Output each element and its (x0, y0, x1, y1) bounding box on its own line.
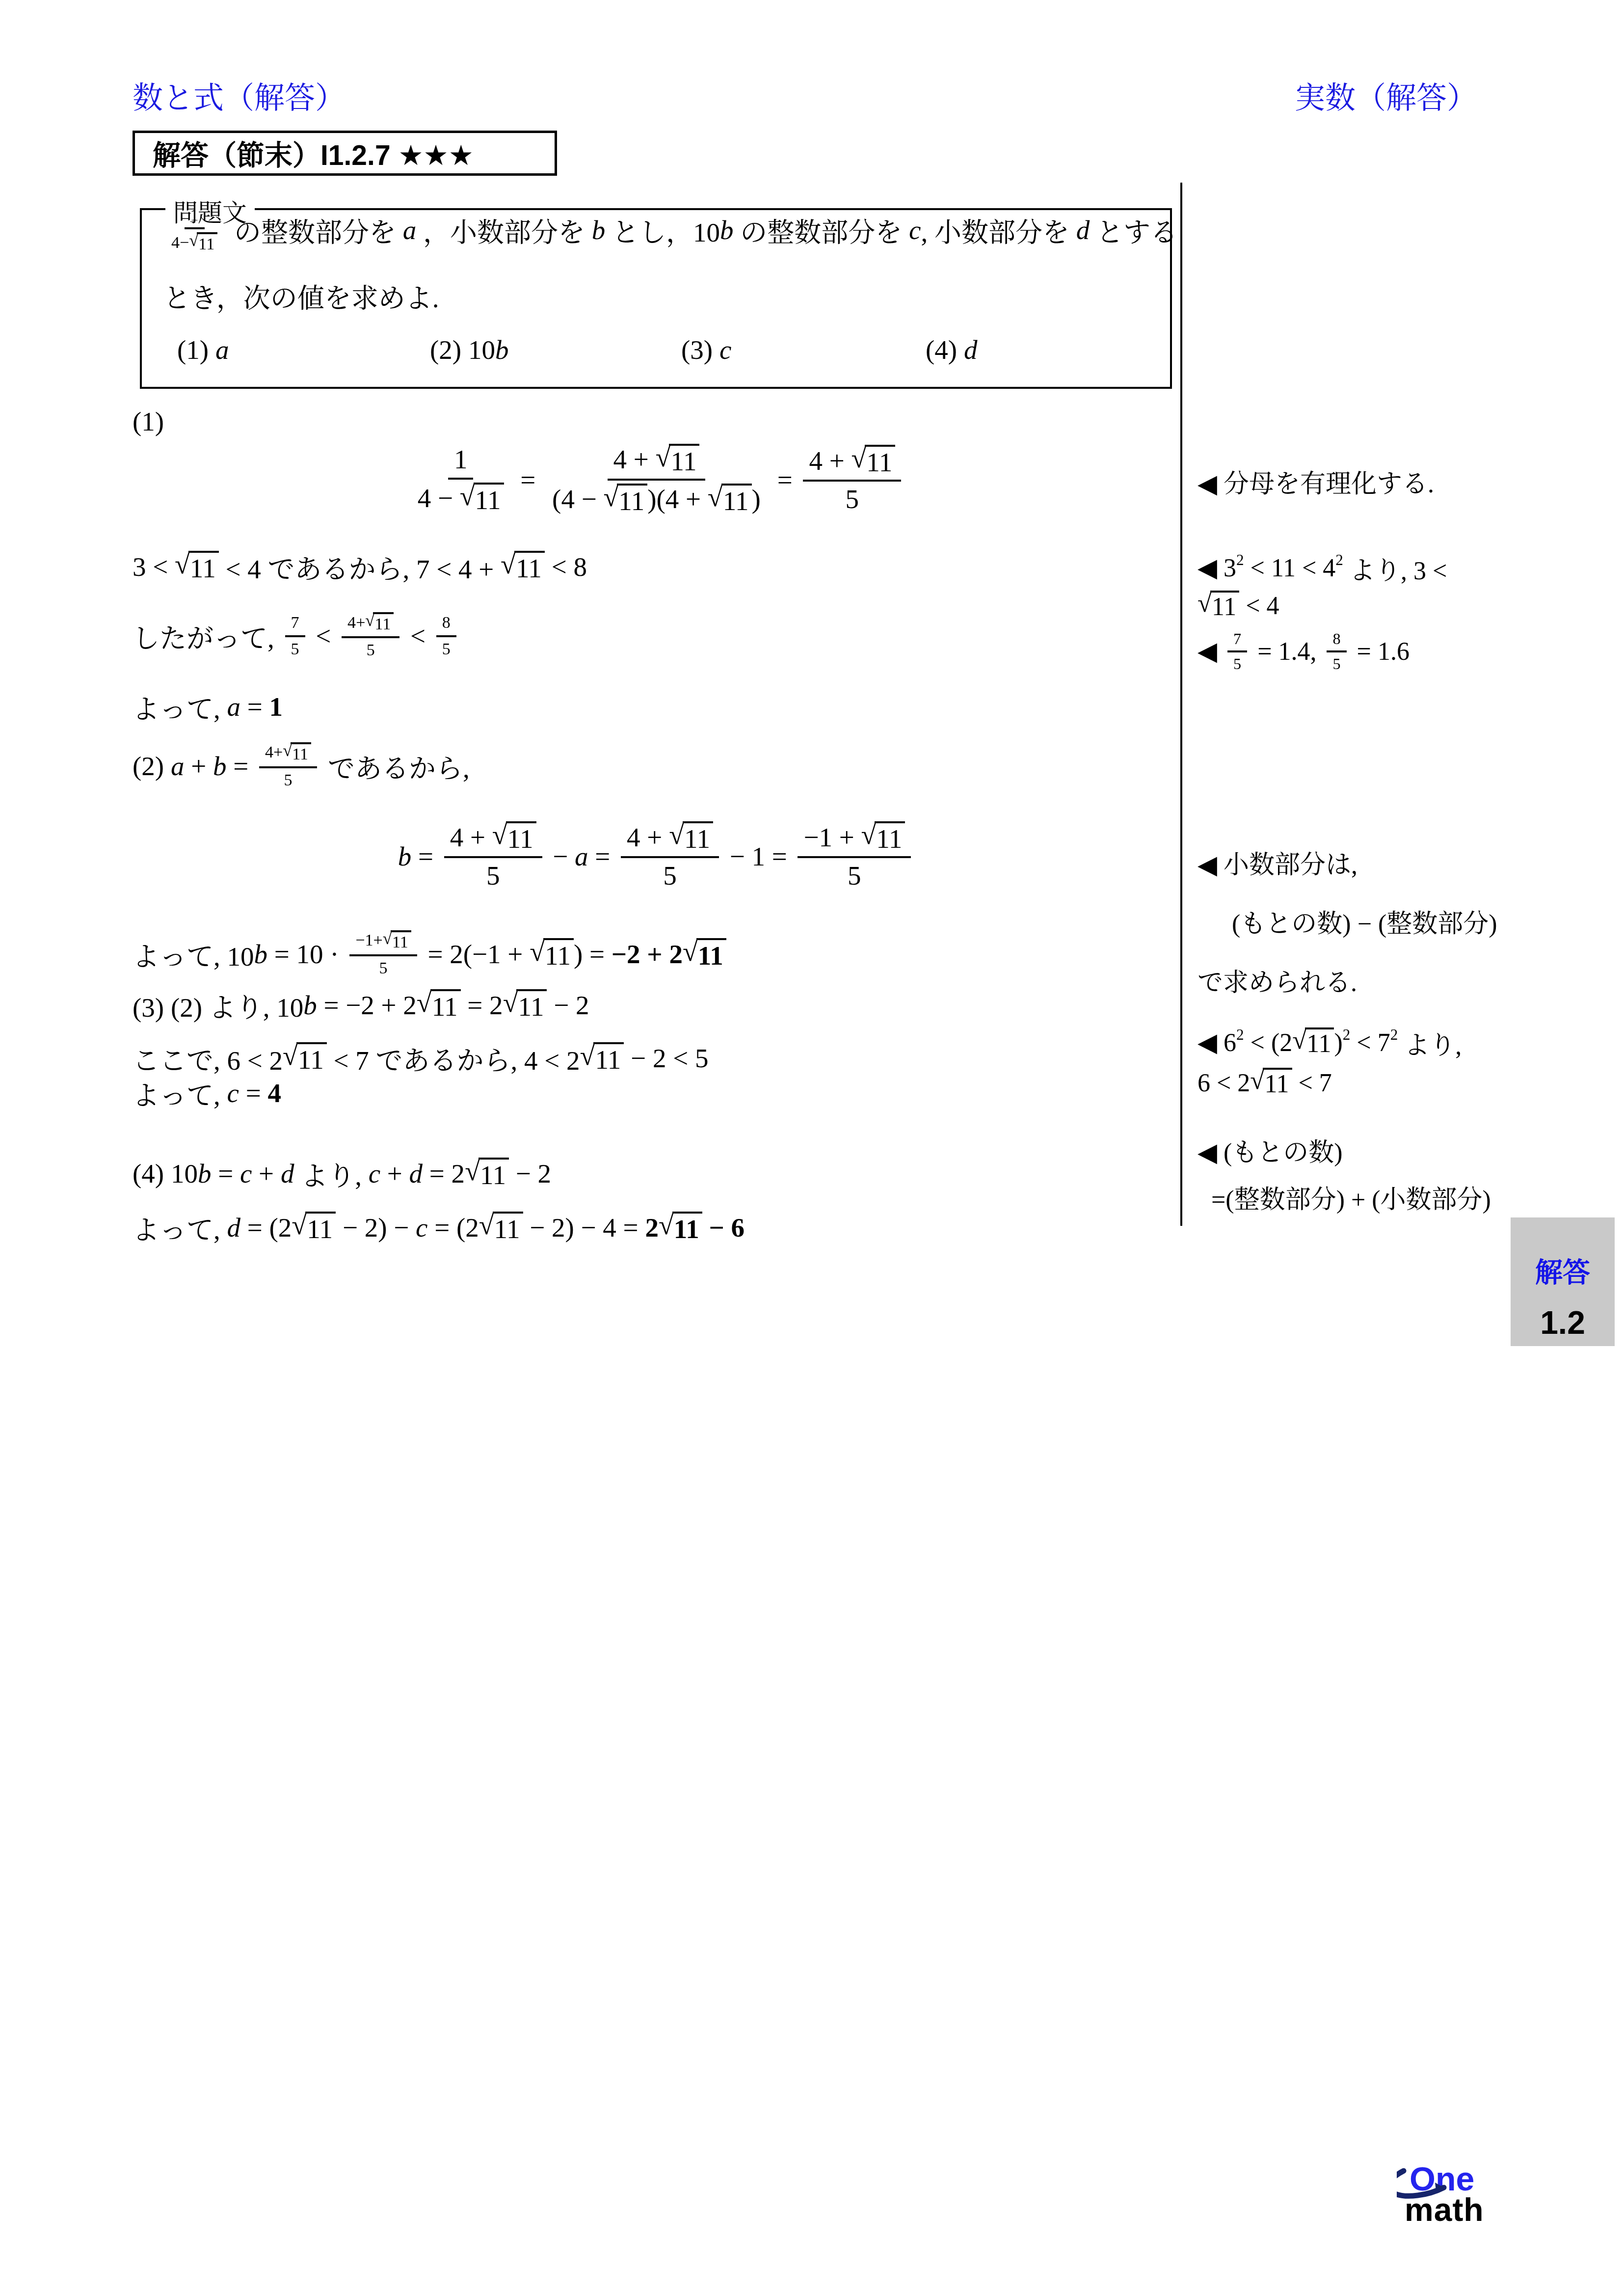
margin-note-sqrt-bound-2: √11 < 4 (1197, 588, 1279, 623)
page-tab: 解答 1.2 (1511, 1217, 1615, 1346)
margin-note-2sqrt11-bound-1: ◀ 62 < (2√11)2 < 72 より, (1197, 1025, 1462, 1060)
problem-title-box: 解答（節末）I1.2.7 ★★★ (133, 131, 557, 176)
problem-item-2: (2) 10b (430, 334, 508, 365)
solution-line-2sqrt11-bounds: ここで, 6 < 2√11 < 7 であるから, 4 < 2√11 − 2 < … (133, 1038, 708, 1078)
solution-line-10b: よって, 10b = 10 · −1+√115 = 2(−1 + √11) = … (133, 927, 726, 981)
problem-item-3: (3) c (681, 334, 731, 365)
solution-line-c-equals-4: よって, c = 4 (133, 1078, 281, 1107)
tab-label: 解答 (1535, 1251, 1590, 1290)
solution-part1-label: (1) (133, 406, 164, 436)
margin-note-rationalize: ◀ 分母を有理化する. (1197, 466, 1434, 496)
logo-math-text: math (1405, 2195, 1484, 2225)
margin-note-2sqrt11-bound-2: 6 < 2√11 < 7 (1197, 1066, 1332, 1100)
divider-line (1180, 183, 1182, 1226)
problem-line-2: とき，次の値を求めよ. (163, 281, 439, 310)
margin-note-fractional-part-3: で求められる. (1197, 965, 1357, 995)
solution-line-sqrt-bounds: 3 < √11 < 4 であるから, 7 < 4 + √11 < 8 (133, 546, 587, 588)
tab-number: 1.2 (1540, 1304, 1585, 1341)
margin-note-original-number-1: ◀ (もとの数) (1197, 1135, 1343, 1164)
solution-line-a-equals-1: よって, a = 1 (133, 691, 283, 722)
solution-line-therefore-fracs: したがって, 75 < 4+√115 < 85 (133, 610, 460, 662)
problem-item-4: (4) d (926, 334, 977, 365)
display-equation-1: 14 − √11 = 4 + √11(4 − √11)(4 + √11) = 4… (133, 433, 1180, 526)
display-equation-2: b = 4 + √115 − a = 4 + √115 − 1 = −1 + √… (133, 814, 1180, 898)
title-text: 解答（節末）I1.2.7 ★★★ (153, 133, 474, 173)
margin-note-fractional-part-2: (もとの数) − (整数部分) (1232, 906, 1497, 936)
problem-box: 問題文 14−√11 の整数部分を a ，小数部分を b とし，10b の整数部… (140, 208, 1172, 389)
margin-note-original-number-2: =(整数部分) + (小数部分) (1211, 1182, 1491, 1212)
problem-item-1: (1) a (177, 334, 229, 365)
margin-note-fractional-part-1: ◀ 小数部分は, (1197, 847, 1357, 877)
solution-part2-line: (2) a + b = 4+√115 であるから, (133, 739, 470, 793)
problem-line-1: 14−√11 の整数部分を a ，小数部分を b とし，10b の整数部分を c… (161, 198, 1177, 261)
solution-part3-line: (3) (2) より, 10b = −2 + 2√11 = 2√11 − 2 (133, 985, 589, 1025)
logo: One math (1405, 2164, 1484, 2224)
header-right: 実数（解答） (1295, 74, 1477, 117)
logo-one-text: One (1405, 2164, 1484, 2195)
page: 数と式（解答） 実数（解答） 解答（節末）I1.2.7 ★★★ 問題文 14−√… (0, 0, 1623, 2296)
margin-note-decimal-values: ◀ 75 = 1.4, 85 = 1.6 (1197, 630, 1410, 673)
solution-part4-line: (4) 10b = c + d より, c + d = 2√11 − 2 (133, 1153, 551, 1194)
margin-note-sqrt-bound-1: ◀ 32 < 11 < 42 より, 3 < (1197, 553, 1447, 583)
solution-line-d-result: よって, d = (2√11 − 2) − c = (2√11 − 2) − 4… (133, 1206, 745, 1249)
header-left: 数と式（解答） (133, 74, 346, 117)
